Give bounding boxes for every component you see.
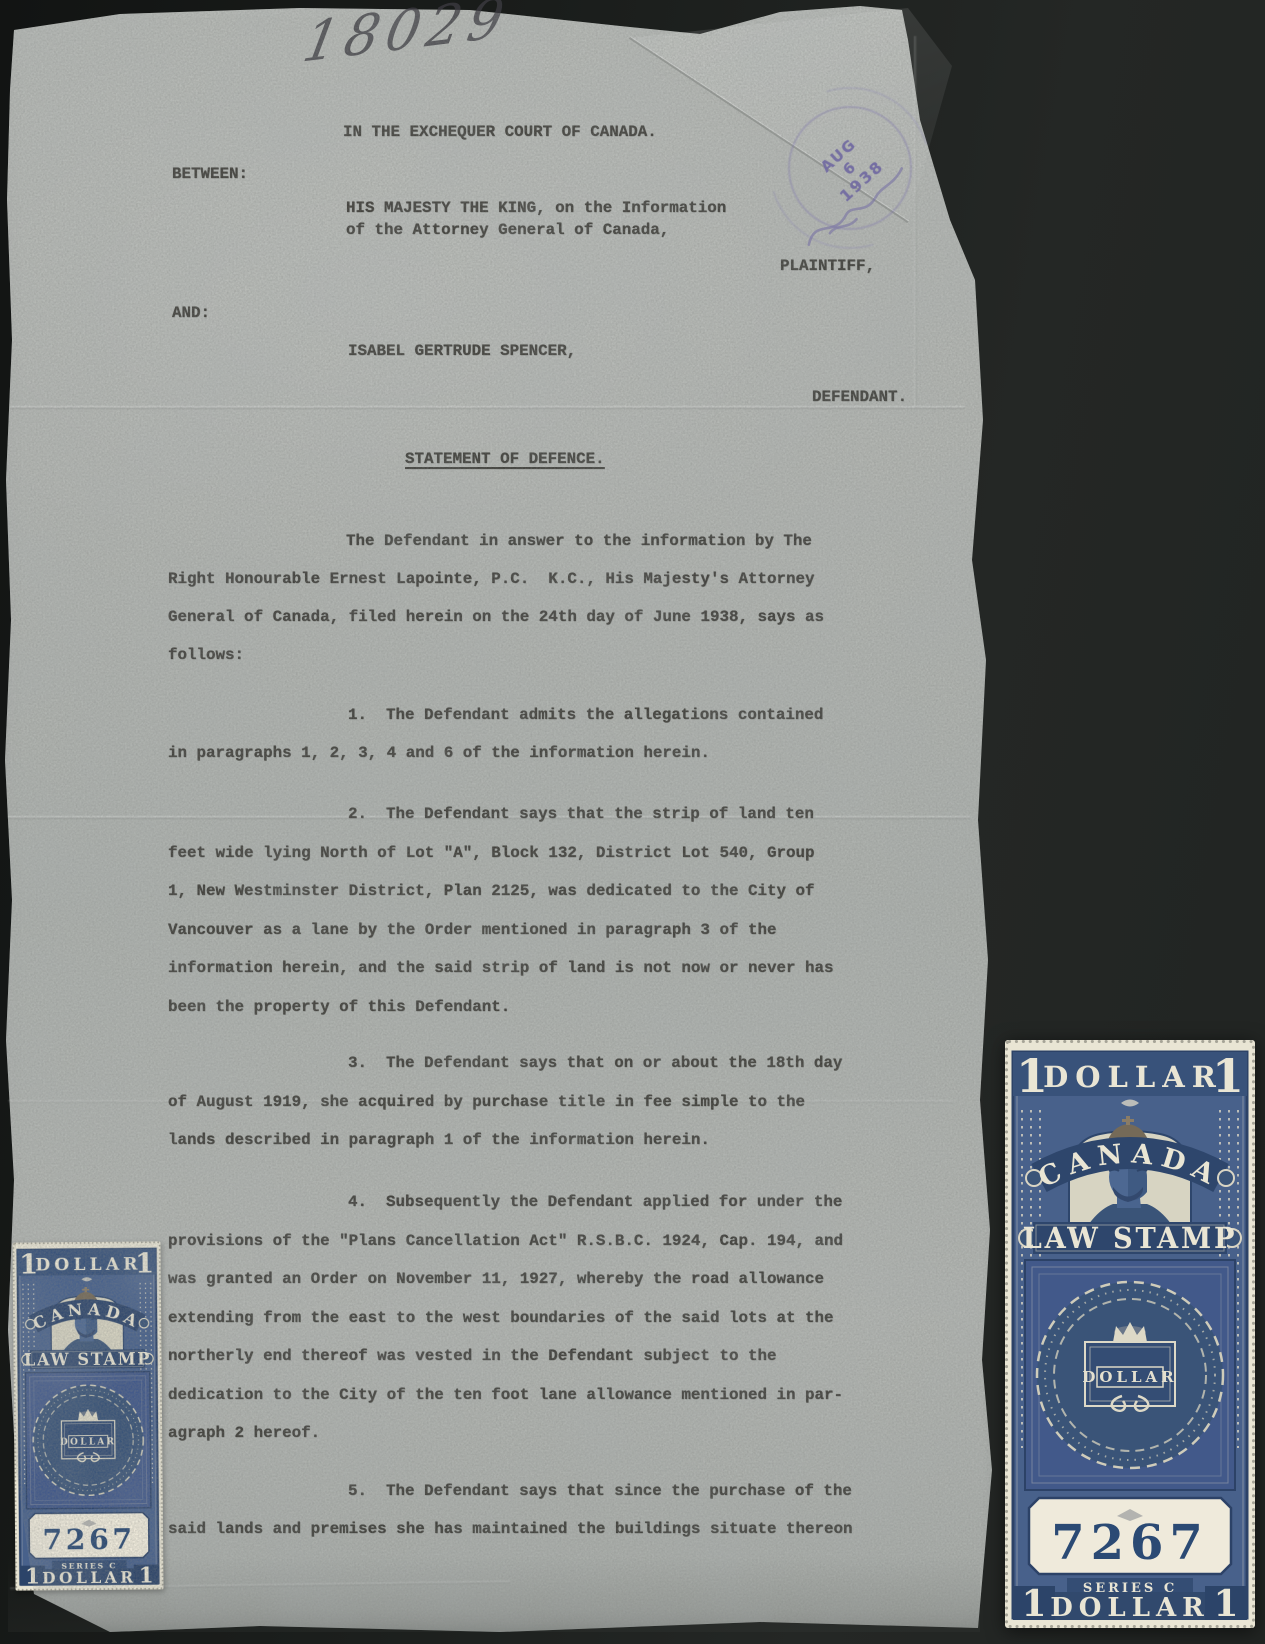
body-line: in paragraphs 1, 2, 3, 4 and 6 of the in…: [168, 743, 710, 763]
law-stamp-affixed: [12, 1241, 163, 1590]
body-line: 2. The Defendant says that the strip of …: [348, 804, 814, 824]
body-line: lands described in paragraph 1 of the in…: [168, 1130, 710, 1150]
body-line: information herein, and the said strip o…: [168, 958, 834, 978]
body-line: been the property of this Defendant.: [168, 997, 510, 1017]
statement-heading: STATEMENT OF DEFENCE.: [405, 449, 605, 469]
court-title: IN THE EXCHEQUER COURT OF CANADA.: [343, 122, 657, 142]
defendant-role: DEFENDANT.: [812, 387, 907, 407]
body-line: said lands and premises she has maintain…: [168, 1519, 853, 1539]
plaintiff-name-line: of the Attorney General of Canada,: [346, 220, 669, 240]
defendant-name: ISABEL GERTRUDE SPENCER,: [348, 341, 576, 361]
body-line: 5. The Defendant says that since the pur…: [348, 1481, 852, 1501]
plaintiff-name-line: HIS MAJESTY THE KING, on the Information: [346, 198, 726, 218]
body-line: extending from the east to the west boun…: [168, 1308, 834, 1328]
body-line: General of Canada, filed herein on the 2…: [168, 607, 824, 627]
body-line: provisions of the "Plans Cancellation Ac…: [168, 1231, 843, 1251]
body-line: Vancouver as a lane by the Order mention…: [168, 920, 777, 940]
law-stamp-enlarged: [1005, 1040, 1255, 1628]
scanned-legal-document: 18029 AUG 6 1938 IN THE EXCHEQUER COURT …: [0, 0, 1265, 1644]
body-line: Right Honourable Ernest Lapointe, P.C. K…: [168, 569, 815, 589]
body-line: of August 1919, she acquired by purchase…: [168, 1092, 805, 1112]
body-line: 1, New Westminster District, Plan 2125, …: [168, 881, 815, 901]
body-line: The Defendant in answer to the informati…: [346, 531, 812, 551]
body-line: 3. The Defendant says that on or about t…: [348, 1053, 842, 1073]
body-line: 4. Subsequently the Defendant applied fo…: [348, 1192, 842, 1212]
body-line: feet wide lying North of Lot "A", Block …: [168, 843, 815, 863]
body-line: 1. The Defendant admits the allegations …: [348, 705, 823, 725]
between-label: BETWEEN:: [172, 164, 248, 184]
body-line: northerly end thereof was vested in the …: [168, 1346, 777, 1366]
body-line: dedication to the City of the ten foot l…: [168, 1385, 843, 1405]
body-line: was granted an Order on November 11, 192…: [168, 1269, 824, 1289]
body-line: follows:: [168, 645, 244, 665]
body-line: agraph 2 hereof.: [168, 1423, 320, 1443]
plaintiff-role: PLAINTIFF,: [780, 256, 875, 276]
and-label: AND:: [172, 303, 210, 323]
